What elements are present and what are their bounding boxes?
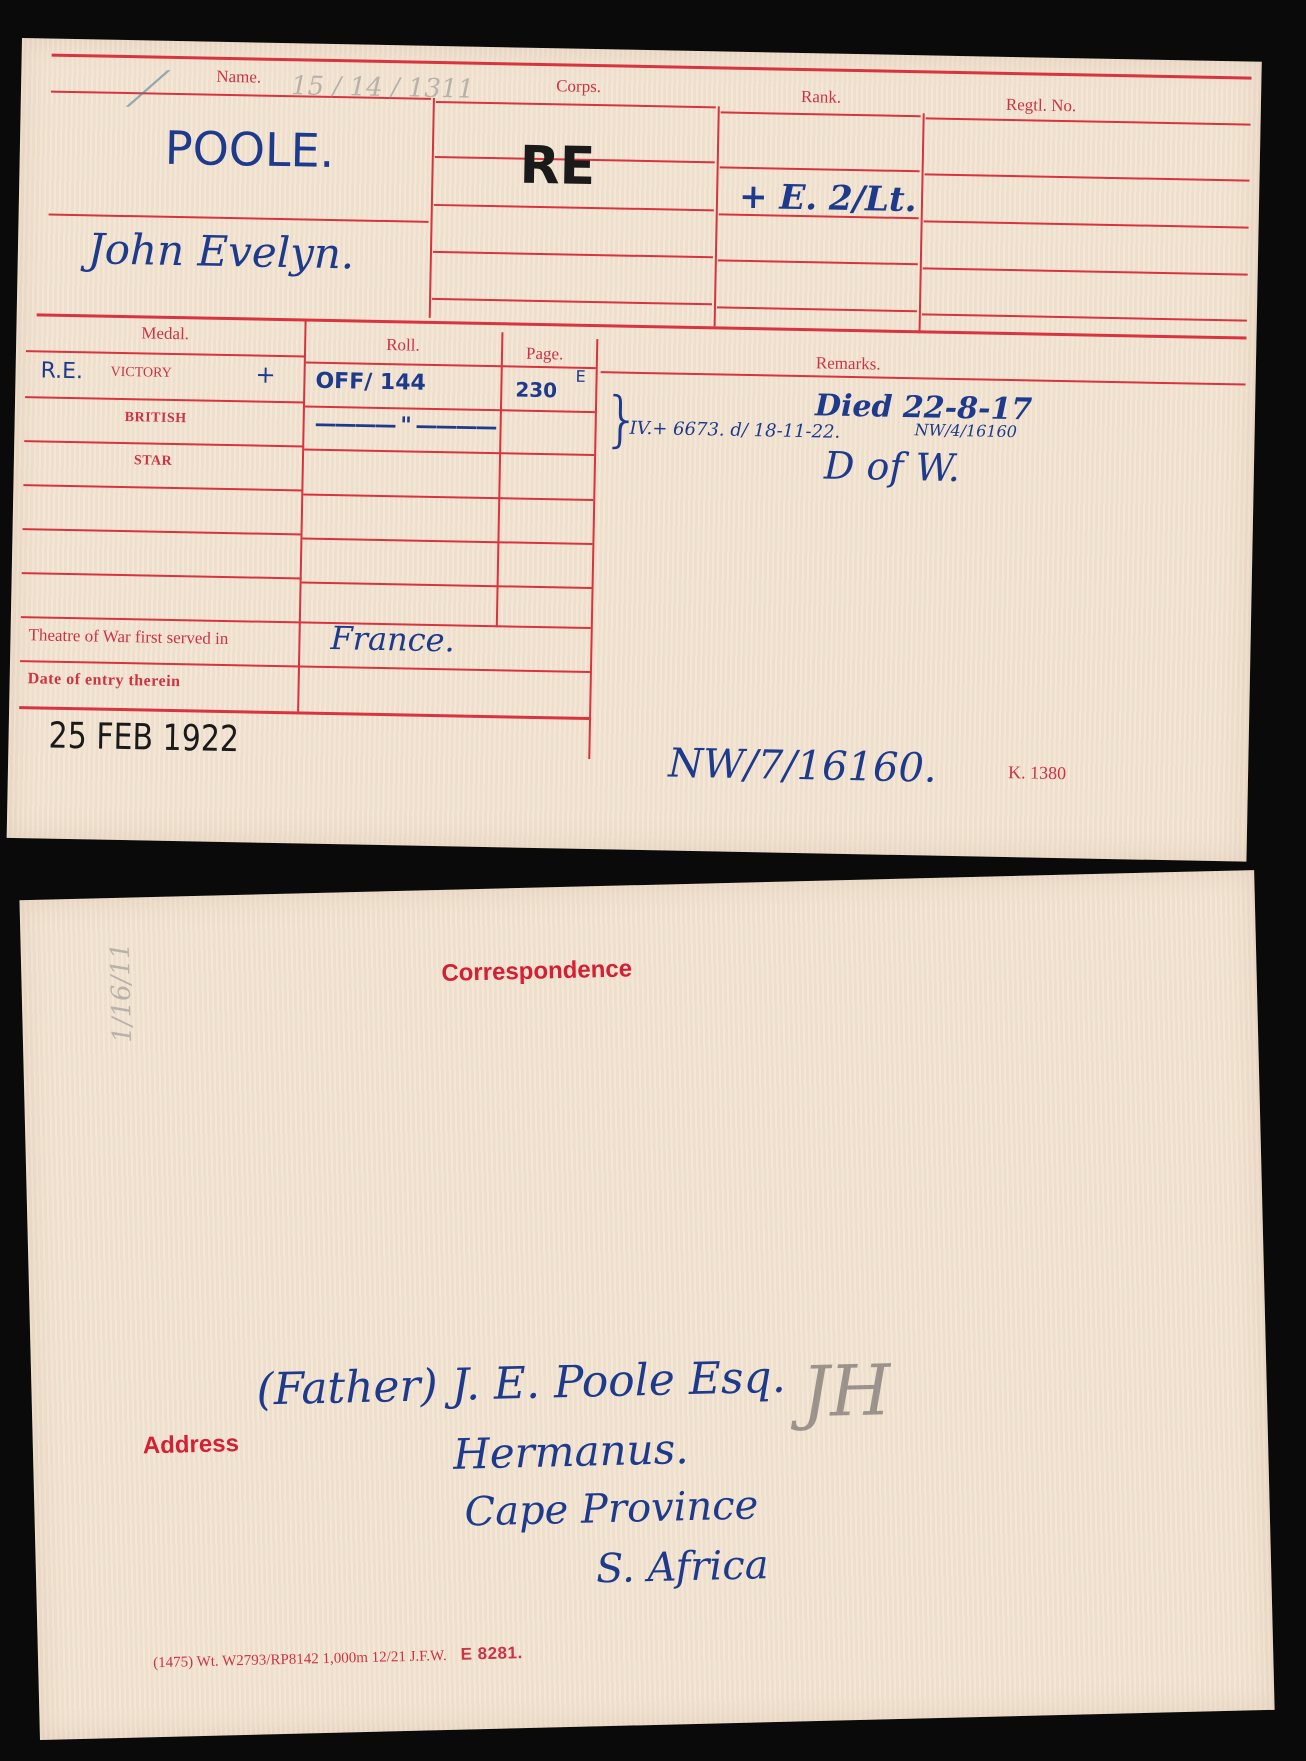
header-medal: Medal. [141, 323, 189, 344]
rule [302, 581, 592, 589]
rule [432, 298, 712, 305]
corps-stamp: RE [519, 136, 596, 197]
pencil-tick: ⟋ [125, 60, 161, 120]
rule [601, 371, 1246, 385]
rule [24, 440, 304, 447]
medal-roll: OFF/ 144 [315, 369, 426, 396]
medal-page-suffix: E [575, 367, 585, 386]
header-page: Page. [526, 344, 564, 365]
medal-page: 230 [515, 378, 557, 403]
rule [23, 484, 303, 491]
form-code: K. 1380 [1008, 762, 1066, 784]
pencil-marks: 15 / 14 / 1311 [291, 71, 474, 105]
rule [25, 396, 305, 403]
medal-label-british: British [125, 410, 187, 427]
printer-code: E 8281. [460, 1643, 523, 1664]
column-divider [714, 106, 720, 326]
column-divider [918, 113, 924, 333]
rule [304, 448, 594, 456]
rule [922, 313, 1247, 321]
rule [718, 259, 918, 265]
remarks-cause: D of W. [824, 443, 961, 490]
medal-prefix: R.E. [40, 358, 83, 384]
rule [433, 251, 713, 258]
rank-value: + E. 2/Lt. [739, 177, 917, 220]
column-divider [429, 98, 435, 318]
correspondence-title: Correspondence [441, 955, 632, 988]
header-roll: Roll. [386, 335, 420, 356]
address-line-1: (Father) J. E. Poole Esq. [256, 1352, 786, 1416]
remarks-line1: IV.+ 6673. d/ 18-11-22. [629, 418, 840, 443]
header-remarks: Remarks. [816, 353, 881, 374]
remarks-died: Died 22-8-17 [815, 388, 1033, 427]
rule [926, 117, 1251, 125]
rule [49, 214, 429, 223]
header-regtl-no: Regtl. No. [1006, 95, 1077, 116]
address-line-3: Cape Province [464, 1482, 759, 1535]
file-reference: NW/7/16160. [668, 741, 937, 792]
theatre-value: France. [330, 619, 455, 659]
medal-mark: + [255, 361, 276, 389]
medal-index-card-back: 1/16/11 Correspondence Address (Father) … [19, 870, 1274, 1740]
rule [302, 537, 592, 545]
medal-label-victory: Victory [110, 365, 171, 382]
rule [436, 101, 716, 108]
rule [720, 166, 920, 172]
column-divider [297, 321, 306, 711]
surname-value: POOLE. [164, 121, 334, 178]
column-divider [588, 339, 598, 759]
rule [717, 306, 917, 312]
medal-label-star: Star [134, 453, 173, 470]
rule [925, 173, 1250, 181]
address-label: Address [143, 1430, 240, 1460]
rule [721, 111, 921, 117]
address-line-4: S. Africa [595, 1542, 769, 1592]
rule [923, 267, 1248, 275]
date-stamp: 25 FEB 1922 [48, 715, 239, 761]
forenames-value: John Evelyn. [87, 224, 354, 278]
rule [303, 493, 593, 501]
printer-imprint: (1475) Wt. W2793/RP8142 1,000m 12/21 J.F… [153, 1643, 523, 1672]
header-rank: Rank. [801, 87, 842, 108]
rule [22, 572, 302, 579]
address-line-2: Hermanus. [453, 1424, 690, 1479]
initials: JH [801, 1349, 892, 1433]
rule [924, 220, 1249, 228]
rule [434, 204, 714, 211]
header-name: Name. [216, 67, 261, 88]
medal-roll-ditto: ———— " ———— [314, 412, 495, 440]
rule [23, 528, 303, 535]
side-note: 1/16/11 [106, 942, 138, 1043]
rule [26, 350, 306, 357]
column-divider [496, 332, 504, 627]
header-corps: Corps. [556, 76, 601, 97]
date-entry-label: Date of entry therein [28, 670, 181, 691]
medal-index-card-front: Name. Corps. Rank. Regtl. No. 15 / 14 / … [7, 38, 1262, 862]
printer-line: (1475) Wt. W2793/RP8142 1,000m 12/21 J.F… [153, 1648, 447, 1671]
theatre-label: Theatre of War first served in [28, 625, 228, 649]
